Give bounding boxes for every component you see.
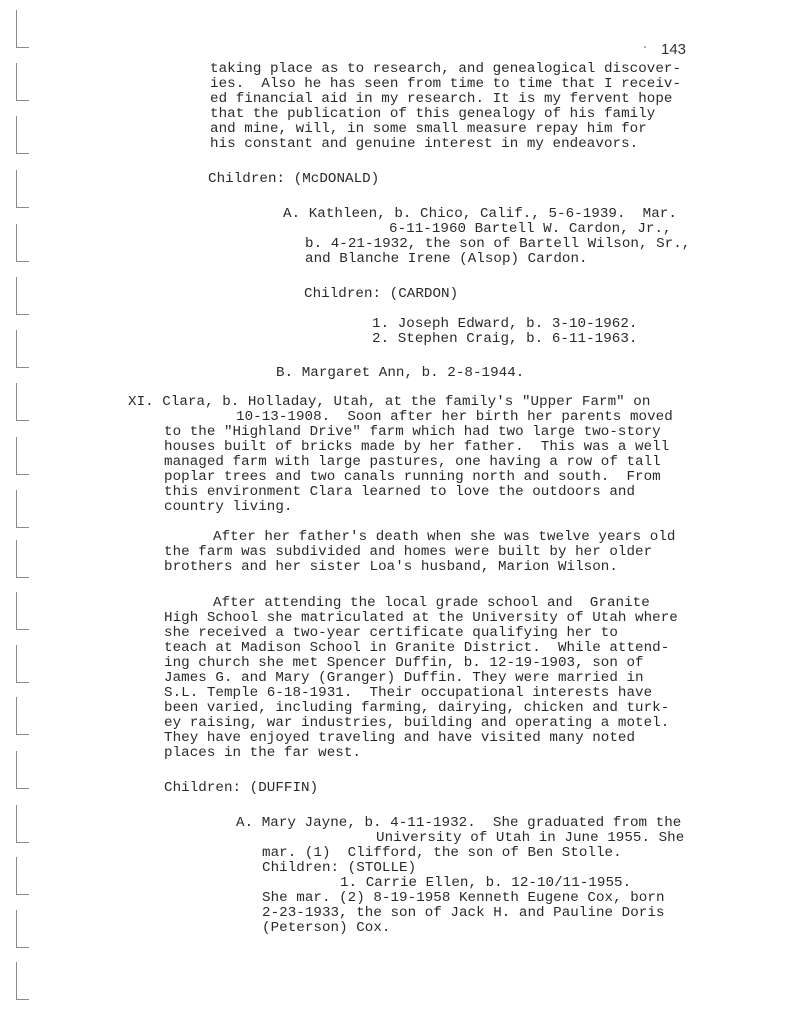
binder-hole-mark	[16, 962, 29, 1000]
binder-hole-mark	[16, 645, 29, 683]
text-line: 6-11-1960 Bartell W. Cardon, Jr.,	[389, 222, 672, 236]
text-line: They have enjoyed traveling and have vis…	[164, 731, 635, 745]
binder-hole-mark	[16, 857, 29, 895]
text-line: ey raising, war industries, building and…	[164, 716, 669, 730]
text-line: High School she matriculated at the Univ…	[164, 611, 678, 625]
text-line: ing church she met Spencer Duffin, b. 12…	[164, 656, 644, 670]
text-line: Children: (DUFFIN)	[164, 781, 318, 795]
binder-hole-mark	[16, 383, 29, 421]
text-line: Children: (CARDON)	[304, 287, 458, 301]
text-line: 1. Carrie Ellen, b. 12-10/11-1955.	[340, 876, 631, 890]
text-line: the farm was subdivided and homes were b…	[164, 545, 652, 559]
text-line: 2-23-1933, the son of Jack H. and Paulin…	[262, 906, 665, 920]
text-line: this environment Clara learned to love t…	[164, 485, 635, 499]
binder-hole-mark	[16, 170, 29, 208]
binder-hole-mark	[16, 592, 29, 630]
text-line: 1. Joseph Edward, b. 3-10-1962.	[372, 317, 637, 331]
text-line: ed financial aid in my research. It is m…	[210, 92, 672, 106]
text-line: teach at Madison School in Granite Distr…	[164, 641, 669, 655]
text-line: and Blanche Irene (Alsop) Cardon.	[305, 252, 588, 266]
text-line: She mar. (2) 8-19-1958 Kenneth Eugene Co…	[262, 891, 665, 905]
text-line: country living.	[164, 500, 292, 514]
text-line: taking place as to research, and genealo…	[210, 62, 681, 76]
binder-hole-mark	[16, 751, 29, 789]
text-line: Children: (McDONALD)	[208, 172, 379, 186]
text-line: and mine, will, in some small measure re…	[210, 122, 647, 136]
text-line: places in the far west.	[164, 746, 361, 760]
binder-hole-mark	[16, 805, 29, 843]
text-line: to the "Highland Drive" farm which had t…	[164, 425, 661, 439]
binder-hole-mark	[16, 10, 29, 48]
text-line: Children: (STOLLE)	[262, 861, 416, 875]
text-line: After her father's death when she was tw…	[213, 530, 675, 544]
text-line: (Peterson) Cox.	[262, 921, 390, 935]
text-line: ies. Also he has seen from time to time …	[210, 77, 681, 91]
text-line: managed farm with large pastures, one ha…	[164, 455, 661, 469]
text-line: A. Mary Jayne, b. 4-11-1932. She graduat…	[236, 816, 681, 830]
text-line: houses built of bricks made by her fathe…	[164, 440, 669, 454]
scan-speck	[644, 46, 646, 48]
binder-hole-mark	[16, 224, 29, 262]
binder-hole-mark	[16, 910, 29, 948]
text-line: she received a two-year certificate qual…	[164, 626, 618, 640]
text-line: B. Margaret Ann, b. 2-8-1944.	[276, 366, 524, 380]
binder-hole-mark	[16, 490, 29, 528]
text-line: poplar trees and two canals running nort…	[164, 470, 661, 484]
text-line: been varied, including farming, dairying…	[164, 701, 669, 715]
text-line: that the publication of this genealogy o…	[210, 107, 655, 121]
text-line: brothers and her sister Loa's husband, M…	[164, 560, 618, 574]
text-line: S.L. Temple 6-18-1931. Their occupationa…	[164, 686, 652, 700]
text-line: After attending the local grade school a…	[213, 596, 650, 610]
text-line: XI. Clara, b. Holladay, Utah, at the fam…	[128, 395, 650, 409]
text-line: A. Kathleen, b. Chico, Calif., 5-6-1939.…	[283, 207, 677, 221]
text-line: b. 4-21-1932, the son of Bartell Wilson,…	[305, 237, 690, 251]
binder-hole-mark	[16, 63, 29, 101]
text-line: James G. and Mary (Granger) Duffin. They…	[164, 671, 644, 685]
binder-hole-mark	[16, 277, 29, 315]
page-number: 143	[661, 41, 686, 58]
binder-hole-mark	[16, 116, 29, 154]
text-line: his constant and genuine interest in my …	[210, 137, 638, 151]
text-line: 10-13-1908. Soon after her birth her par…	[236, 410, 673, 424]
binder-hole-mark	[16, 437, 29, 475]
text-line: mar. (1) Clifford, the son of Ben Stolle…	[262, 846, 622, 860]
text-line: University of Utah in June 1955. She	[376, 831, 684, 845]
binder-hole-mark	[16, 330, 29, 368]
binder-hole-mark	[16, 697, 29, 735]
binder-hole-mark	[16, 540, 29, 578]
text-line: 2. Stephen Craig, b. 6-11-1963.	[372, 332, 637, 346]
